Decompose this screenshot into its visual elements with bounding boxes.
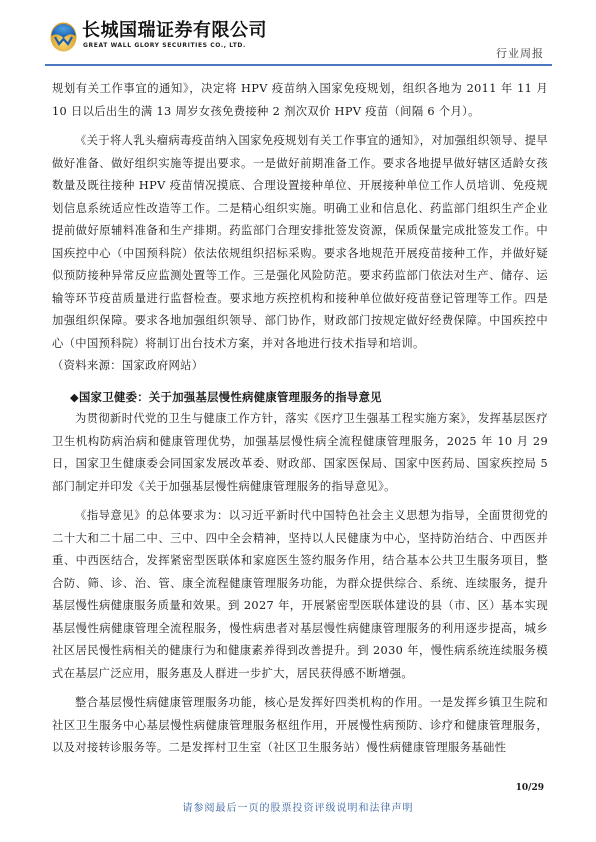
company-name-en: GREAT WALL GLORY SECURITIES CO., LTD.: [83, 42, 246, 50]
company-logo-icon: [50, 22, 77, 52]
paragraph-general-requirements: 《指导意见》的总体要求为：以习近平新时代中国特色社会主义思想为指导，全面贯彻党的…: [52, 505, 548, 685]
report-type-label: 行业周报: [496, 45, 544, 61]
section-heading: ◆国家卫健委：关于加强基层慢性病健康管理服务的指导意见: [52, 386, 548, 409]
paragraph-hpv-notice: 《关于将人乳头瘤病毒疫苗纳入国家免疫规划有关工作事宜的通知》，对加强组织领导、提…: [52, 130, 548, 355]
source-note: （资料来源：国家政府网站）: [52, 355, 548, 378]
paragraph-chronic-disease-intro: 为贯彻新时代党的卫生与健康工作方针，落实《医疗卫生强基工程实施方案》，发挥基层医…: [52, 408, 548, 498]
page-number: 10/29: [516, 783, 544, 793]
page-header: 长城国瑞证券有限公司 GREAT WALL GLORY SECURITIES C…: [0, 0, 596, 70]
document-body: 规划有关工作事宜的通知》，决定将 HPV 疫苗纳入国家免疫规划，组织各地为 20…: [52, 78, 548, 760]
paragraph-continuation: 规划有关工作事宜的通知》，决定将 HPV 疫苗纳入国家免疫规划，组织各地为 20…: [52, 78, 548, 123]
company-name-cn: 长城国瑞证券有限公司: [82, 21, 267, 41]
paragraph-service-integration: 整合基层慢性病健康管理服务功能，核心是发挥好四类机构的作用。一是发挥乡镇卫生院和…: [52, 692, 548, 760]
footer-disclaimer: 请参阅最后一页的股票投资评级说明和法律声明: [0, 799, 596, 814]
header-divider: [45, 64, 552, 66]
